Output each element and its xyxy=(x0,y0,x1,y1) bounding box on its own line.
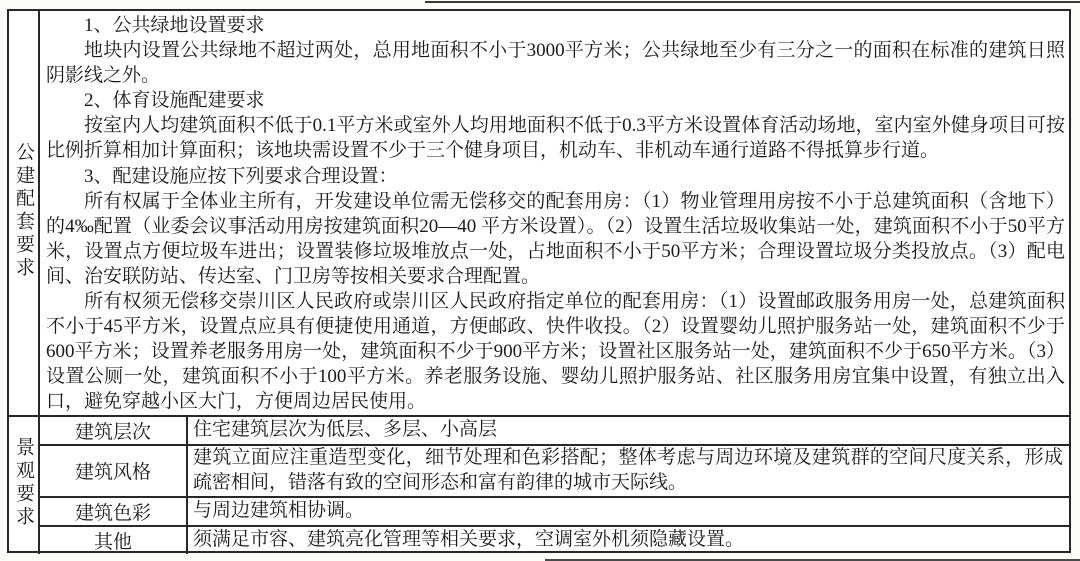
content-building-style: 建筑立面应注重造型变化，细节处理和色彩搭配；整体考虑与周边环境及建筑群的空间尺度… xyxy=(188,446,1069,496)
row-header-public-facilities: 公建配套要求 xyxy=(9,11,40,415)
landscape-subtable: 建筑层次 住宅建筑层次为低层、多层、小高层 建筑风格 建筑立面应注重造型变化，细… xyxy=(40,417,1069,554)
paragraph-green-space-title: 1、公共绿地设置要求 xyxy=(46,13,1065,38)
table-row-building-color: 建筑色彩 与周边建筑相协调。 xyxy=(40,496,1069,525)
paragraph-sports-body: 按室内人均建筑面积不低于0.1平方米或室外人均用地面积不低于0.3平方米设置体育… xyxy=(46,113,1065,163)
content-other: 须满足市容、建筑亮化管理等相关要求，空调室外机须隐藏设置。 xyxy=(188,527,1069,554)
table-row-other: 其他 须满足市容、建筑亮化管理等相关要求，空调室外机须隐藏设置。 xyxy=(40,525,1069,554)
paragraph-green-space-body: 地块内设置公共绿地不超过两处，总用地面积不小于3000平方米；公共绿地至少有三分… xyxy=(46,38,1065,88)
paragraph-government-transfer-body: 所有权须无偿移交崇川区人民政府或崇川区人民政府指定单位的配套用房：（1）设置邮政… xyxy=(46,289,1065,414)
public-facilities-content-cell: 1、公共绿地设置要求 地块内设置公共绿地不超过两处，总用地面积不小于3000平方… xyxy=(40,11,1069,415)
table-row-building-style: 建筑风格 建筑立面应注重造型变化，细节处理和色彩搭配；整体考虑与周边环境及建筑群… xyxy=(40,444,1069,496)
content-text: 与周边建筑相协调。 xyxy=(193,499,364,524)
paragraph-supporting-title: 3、配建设施应按下列要求合理设置： xyxy=(46,164,1065,189)
label-building-style: 建筑风格 xyxy=(40,446,188,496)
label-other: 其他 xyxy=(40,527,188,554)
section-landscape: 景观要求 建筑层次 住宅建筑层次为低层、多层、小高层 建筑风格 建筑立面应注重造… xyxy=(9,415,1069,554)
paragraph-sports-title: 2、体育设施配建要求 xyxy=(46,88,1065,113)
requirements-table: 公建配套要求 1、公共绿地设置要求 地块内设置公共绿地不超过两处，总用地面积不小… xyxy=(7,9,1071,553)
content-text: 建筑立面应注重造型变化，细节处理和色彩搭配；整体考虑与周边环境及建筑群的空间尺度… xyxy=(193,446,1063,495)
table-row-building-levels: 建筑层次 住宅建筑层次为低层、多层、小高层 xyxy=(40,417,1069,444)
content-text: 须满足市容、建筑亮化管理等相关要求，空调室外机须隐藏设置。 xyxy=(193,528,744,553)
scan-artifact-line-top xyxy=(425,1,1080,3)
paragraph-owner-transfer-body: 所有权属于全体业主所有，开发建设单位需无偿移交的配套用房：（1）物业管理用房按不… xyxy=(46,189,1065,289)
content-building-levels: 住宅建筑层次为低层、多层、小高层 xyxy=(188,417,1069,444)
label-building-levels: 建筑层次 xyxy=(40,417,188,444)
content-text: 住宅建筑层次为低层、多层、小高层 xyxy=(193,418,497,443)
content-building-color: 与周边建筑相协调。 xyxy=(188,498,1069,525)
section-public-facilities: 公建配套要求 1、公共绿地设置要求 地块内设置公共绿地不超过两处，总用地面积不小… xyxy=(9,11,1069,415)
row-header-landscape: 景观要求 xyxy=(9,417,40,554)
label-building-color: 建筑色彩 xyxy=(40,498,188,525)
scanned-document-page: 公建配套要求 1、公共绿地设置要求 地块内设置公共绿地不超过两处，总用地面积不小… xyxy=(0,0,1080,561)
